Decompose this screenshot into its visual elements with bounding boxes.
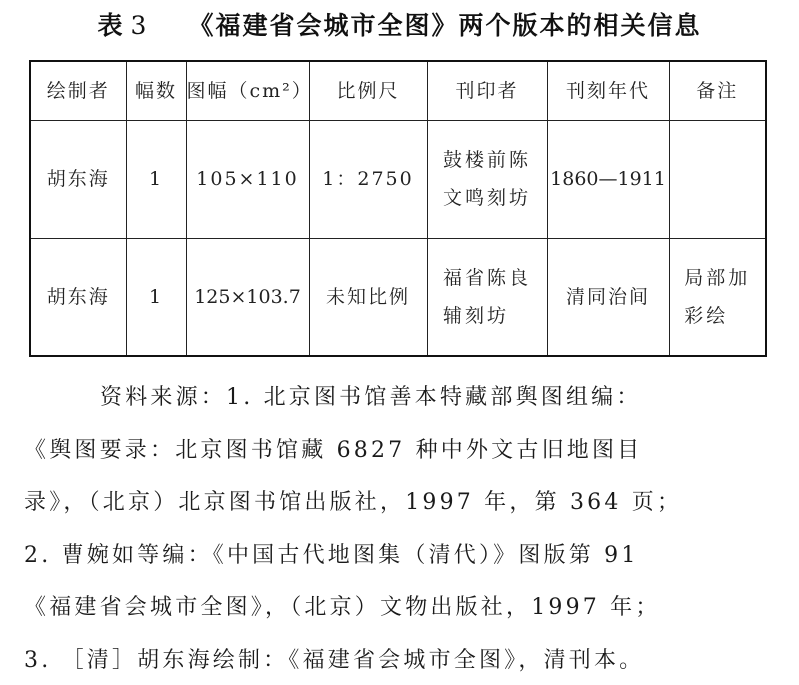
remark-line-2: 彩绘 (684, 305, 728, 327)
source-line: 《舆图要录：北京图书馆藏 6827 种中外文古旧地图目 (0, 425, 780, 478)
caption-label: 表 (98, 11, 125, 40)
cell-scale: 未知比例 (309, 238, 427, 356)
remark-line-1: 局部加 (684, 267, 750, 289)
printer-line-1: 鼓楼前陈 (443, 149, 531, 171)
cell-author: 胡东海 (30, 120, 126, 238)
cell-remark: 局部加 彩绘 (669, 238, 766, 356)
caption-text: 《福建省会城市全图》两个版本的相关信息 (188, 11, 701, 40)
cell-printer: 鼓楼前陈 文鸣刻坊 (427, 120, 547, 238)
source-line: 3. ［清］胡东海绘制：《福建省会城市全图》，清刊本。 (0, 635, 780, 685)
source-line: 录》，（北京）北京图书馆出版社，1997 年，第 364 页； (0, 477, 780, 530)
versions-table: 绘制者 幅数 图幅（cm²） 比例尺 刊印者 刊刻年代 备注 胡东海 1 105… (29, 60, 767, 357)
source-line: 《福建省会城市全图》，（北京）文物出版社，1997 年； (0, 582, 780, 635)
printer-text: 福省陈良 辅刻坊 (443, 259, 531, 335)
caption-number: 3 (131, 11, 149, 40)
table-header-row: 绘制者 幅数 图幅（cm²） 比例尺 刊印者 刊刻年代 备注 (30, 61, 766, 120)
table-caption: 表3《福建省会城市全图》两个版本的相关信息 (0, 6, 799, 42)
source-line: 2. 曹婉如等编：《中国古代地图集（清代）》图版第 91 (0, 530, 780, 583)
cell-size: 105×110 (186, 120, 309, 238)
printer-text: 鼓楼前陈 文鸣刻坊 (443, 141, 531, 217)
source-note: 资料来源：1. 北京图书馆善本特藏部舆图组编： 《舆图要录：北京图书馆藏 682… (0, 372, 780, 685)
header-printer: 刊印者 (427, 61, 547, 120)
table-row: 胡东海 1 125×103.7 未知比例 福省陈良 辅刻坊 清同治间 局部加 彩… (30, 238, 766, 356)
cell-author: 胡东海 (30, 238, 126, 356)
printer-line-2: 辅刻坊 (443, 305, 509, 327)
header-scale: 比例尺 (309, 61, 427, 120)
header-remark: 备注 (669, 61, 766, 120)
header-sheets: 幅数 (126, 61, 186, 120)
cell-printer: 福省陈良 辅刻坊 (427, 238, 547, 356)
cell-period: 清同治间 (547, 238, 669, 356)
cell-period: 1860—1911 (547, 120, 669, 238)
cell-remark (669, 120, 766, 238)
header-period: 刊刻年代 (547, 61, 669, 120)
cell-size: 125×103.7 (186, 238, 309, 356)
cell-sheets: 1 (126, 120, 186, 238)
header-size: 图幅（cm²） (186, 61, 309, 120)
printer-line-1: 福省陈良 (443, 267, 531, 289)
remark-text: 局部加 彩绘 (684, 259, 750, 335)
table-row: 胡东海 1 105×110 1：2750 鼓楼前陈 文鸣刻坊 1860—1911 (30, 120, 766, 238)
source-line: 资料来源：1. 北京图书馆善本特藏部舆图组编： (0, 372, 780, 425)
cell-sheets: 1 (126, 238, 186, 356)
printer-line-2: 文鸣刻坊 (443, 187, 531, 209)
header-author: 绘制者 (30, 61, 126, 120)
cell-scale: 1：2750 (309, 120, 427, 238)
